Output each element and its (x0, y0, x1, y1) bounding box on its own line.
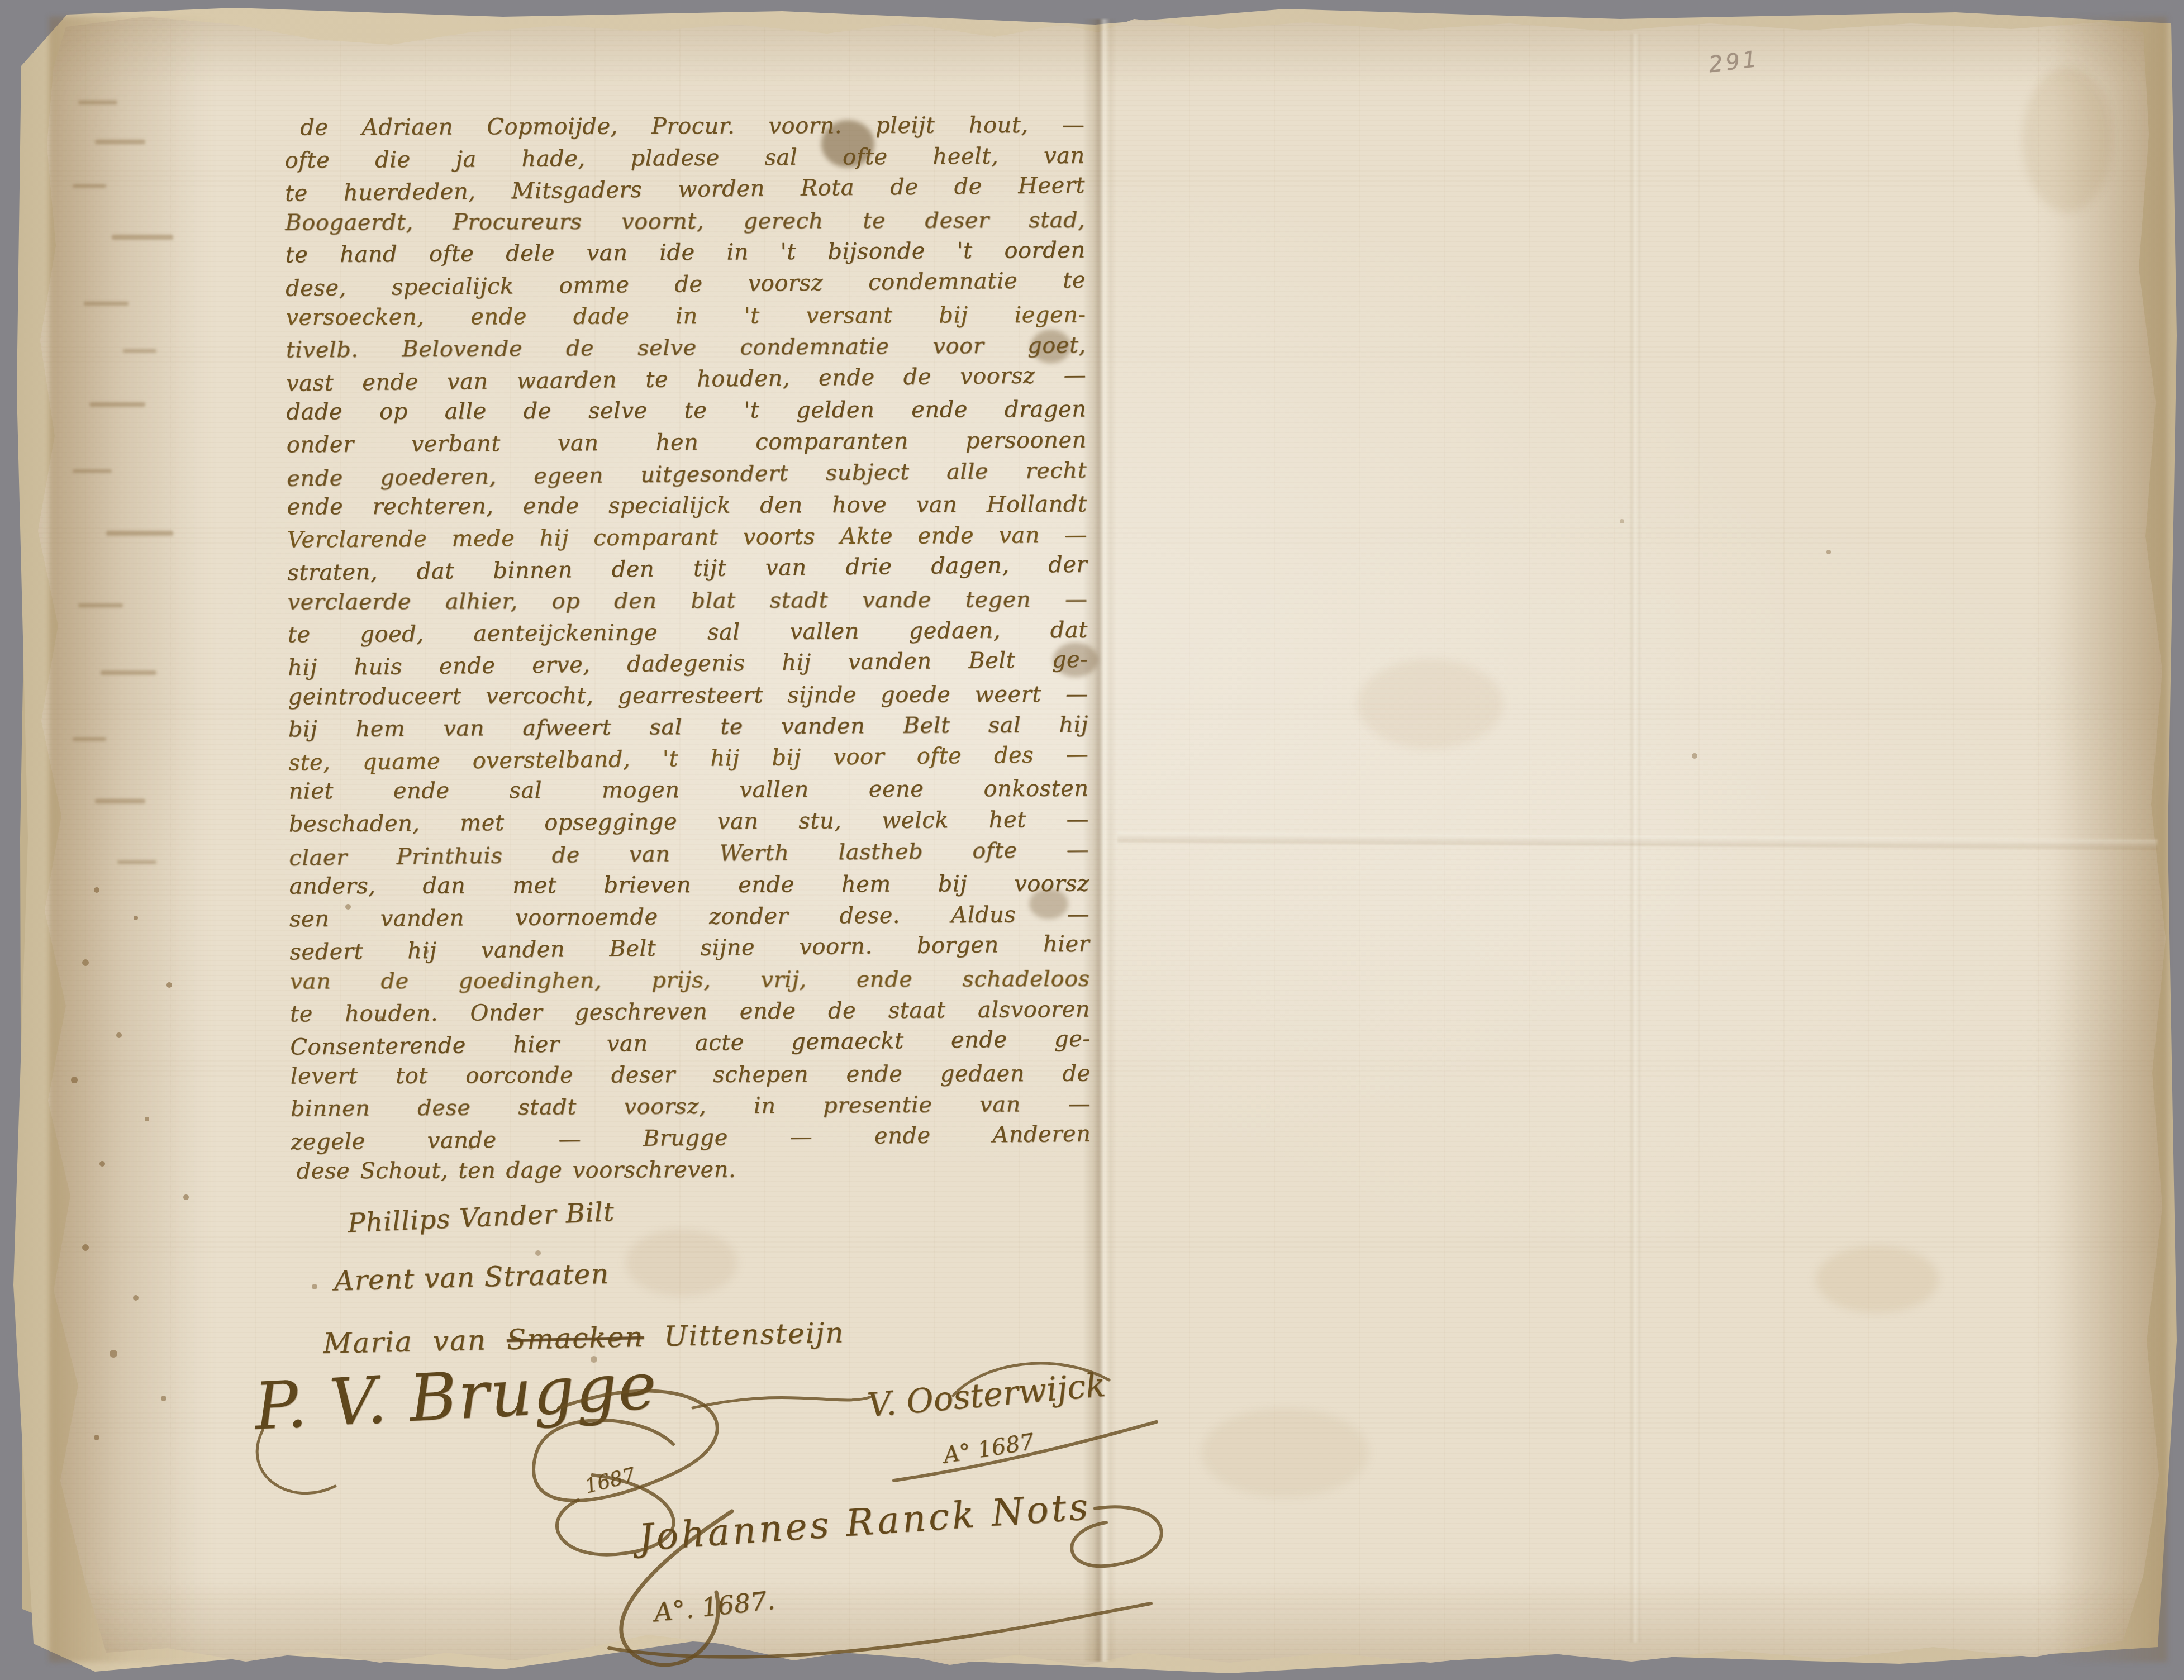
manuscript-line: straten, dat binnen den tijt van drie da… (287, 549, 1088, 589)
manuscript-line: sedert hij vanden Belt sijne voorn. borg… (289, 929, 1090, 969)
foxing-stain (1358, 659, 1503, 749)
manuscript-line: dese, specialijck omme de voorsz condemn… (286, 264, 1086, 304)
foxing-stain (626, 1229, 737, 1296)
manuscript-line: ende rechteren, ende specialijck den hov… (287, 489, 1087, 523)
signature-maria-prefix: Maria van (322, 1324, 507, 1360)
manuscript-line: niet ende sal mogen vallen eene onkosten (288, 773, 1088, 808)
manuscript-text-block: de Adriaen Copmoijde, Procur. voorn. ple… (284, 108, 1091, 1188)
manuscript-line: de Adriaen Copmoijde, Procur. voorn. ple… (284, 110, 1084, 144)
ink-specks (0, 0, 3, 3)
manuscript-line: ende goederen, egeen uitgesondert subjec… (287, 454, 1087, 494)
manuscript-line: ste, quame overstelband, 't hij bij voor… (288, 739, 1089, 779)
manuscript-line: dese Schout, ten dage voorschreven. (291, 1153, 1091, 1187)
manuscript-line: hij huis ende erve, dadegenis hij vanden… (288, 644, 1088, 684)
bleed-through-marks (73, 67, 223, 916)
signature-maria-suffix: Uittensteijn (644, 1316, 845, 1353)
manuscript-line: van de goedinghen, prijs, vrij, ende sch… (290, 963, 1090, 998)
manuscript-line: zegele vande — Brugge — ende Anderen (291, 1118, 1091, 1158)
manuscript-line: anders, dan met brieven ende hem bij voo… (289, 868, 1089, 903)
manuscript-line: versoecken, ende dade in 't versant bij … (286, 299, 1086, 334)
manuscript-line: Consenterende hier van acte gemaeckt end… (290, 1024, 1091, 1064)
foxing-stain (2023, 67, 2112, 212)
manuscript-line: te huerdeden, Mitsgaders worden Rota de … (285, 170, 1086, 210)
manuscript-line: levert tot oorconde deser schepen ende g… (291, 1058, 1091, 1092)
manuscript-line: dade op alle de selve te 't gelden ende … (286, 394, 1086, 429)
manuscript-line: verclaerde alhier, op den blat stadt van… (287, 583, 1087, 618)
manuscript-scan: de Adriaen Copmoijde, Procur. voorn. ple… (0, 0, 2184, 1680)
manuscript-line: vast ende van waarden te houden, ende de… (286, 359, 1087, 399)
foxing-stain (1816, 1246, 1939, 1313)
manuscript-line: claer Printhuis de van Werth lastheb oft… (289, 834, 1089, 874)
foxing-stain (1201, 1408, 1369, 1497)
manuscript-line: Boogaerdt, Procureurs voornt, gerech te … (285, 204, 1085, 239)
manuscript-line: geintroduceert vercocht, gearresteert si… (288, 678, 1088, 713)
